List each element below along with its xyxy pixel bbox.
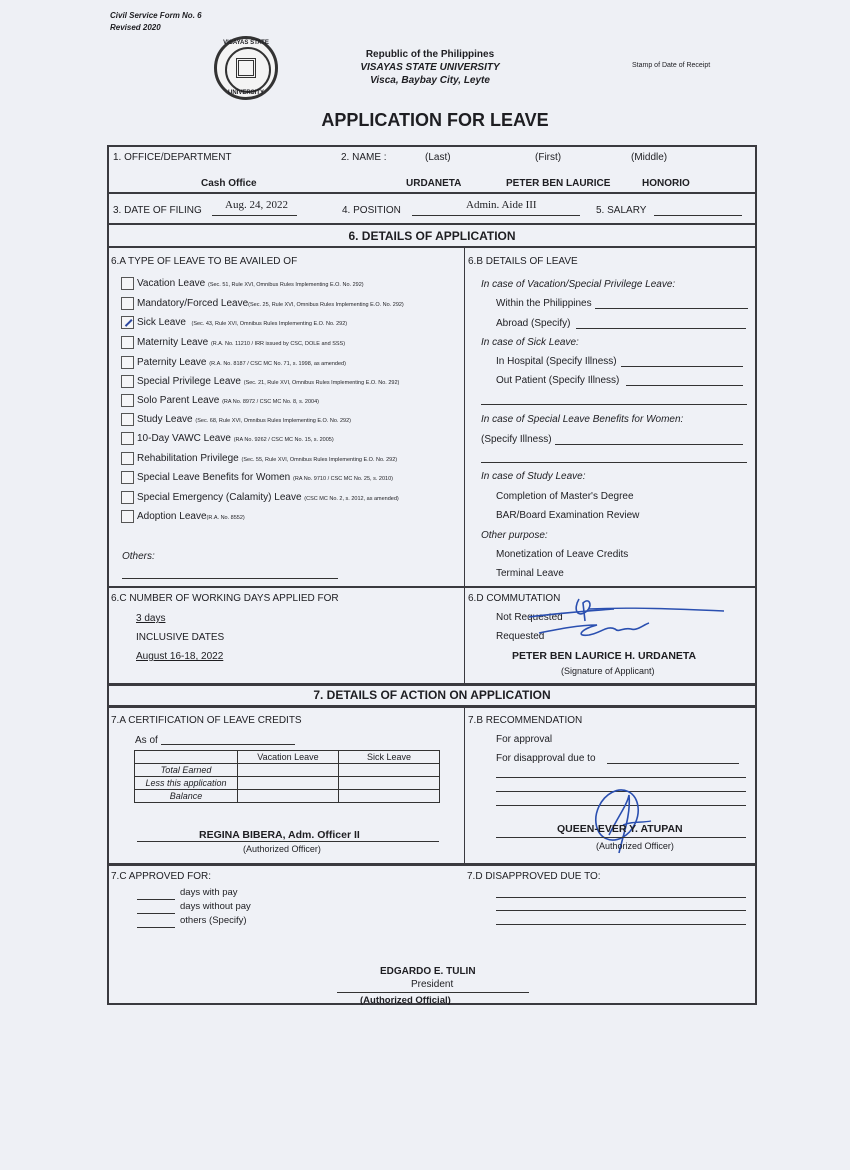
days-without-pay-label: days without pay <box>180 901 251 912</box>
masters-degree-option[interactable]: Completion of Master's Degree <box>496 491 634 502</box>
disapproved-reason-line-1[interactable] <box>496 897 746 898</box>
last-name-field[interactable]: URDANETA <box>406 178 461 189</box>
women-benefits-leave-checkbox[interactable] <box>121 471 134 484</box>
abroad-field[interactable] <box>576 328 746 329</box>
adoption-leave-checkbox[interactable] <box>121 510 134 523</box>
date-filing-field[interactable]: Aug. 24, 2022 <box>225 199 288 211</box>
applicant-signature-caption: (Signature of Applicant) <box>561 666 655 676</box>
other-purpose-heading: Other purpose: <box>481 530 548 541</box>
office-field[interactable]: Cash Office <box>201 178 257 189</box>
within-philippines-label: Within the Philippines <box>496 298 592 309</box>
middle-name-field[interactable]: HONORIO <box>642 178 690 189</box>
study-details-heading: In case of Study Leave: <box>481 471 586 482</box>
working-days-field[interactable]: 3 days <box>136 613 165 624</box>
approving-official-caption: (Authorized Official) <box>360 995 451 1006</box>
others-field[interactable] <box>122 578 338 579</box>
office-label: 1. OFFICE/DEPARTMENT <box>113 152 232 163</box>
days-without-pay-field[interactable] <box>137 913 175 914</box>
disapproval-reason-field[interactable] <box>607 763 739 764</box>
others-specify-label: others (Specify) <box>180 915 247 926</box>
sick-leave-checkbox[interactable] <box>121 316 134 329</box>
position-field[interactable]: Admin. Aide III <box>466 199 537 211</box>
terminal-leave-option[interactable]: Terminal Leave <box>496 568 564 579</box>
solo-parent-leave-checkbox[interactable] <box>121 394 134 407</box>
others-specify-field[interactable] <box>137 927 175 928</box>
women-specify-field[interactable] <box>555 444 743 445</box>
within-philippines-field[interactable] <box>595 308 748 309</box>
total-earned-sick-cell[interactable] <box>339 764 440 777</box>
sick-details-heading: In case of Sick Leave: <box>481 337 579 348</box>
first-name-label: (First) <box>535 152 561 163</box>
section-7c-title: 7.C APPROVED FOR: <box>111 871 211 882</box>
special-privilege-leave-checkbox[interactable] <box>121 375 134 388</box>
for-disapproval-option[interactable]: For disapproval due to <box>496 753 596 764</box>
table-row: Balance <box>135 790 440 803</box>
university-seal-logo: VISAYAS STATE UNIVERSITY <box>214 36 278 100</box>
table-row: Less this application <box>135 777 440 790</box>
bar-review-option[interactable]: BAR/Board Examination Review <box>496 510 639 521</box>
days-with-pay-field[interactable] <box>137 899 175 900</box>
women-specify-label: (Specify Illness) <box>481 434 552 445</box>
form-id: Civil Service Form No. 6 Revised 2020 <box>110 10 202 34</box>
position-label: 4. POSITION <box>342 205 401 216</box>
page-title: APPLICATION FOR LEAVE <box>0 110 850 131</box>
date-filing-label: 3. DATE OF FILING <box>113 205 202 216</box>
table-row: Total Earned <box>135 764 440 777</box>
middle-name-label: (Middle) <box>631 152 667 163</box>
salary-label: 5. SALARY <box>596 205 646 216</box>
as-of-field[interactable] <box>161 744 295 745</box>
study-leave-checkbox[interactable] <box>121 413 134 426</box>
less-application-vacation-cell[interactable] <box>238 777 339 790</box>
sick-leave-column: Sick Leave <box>339 751 440 764</box>
as-of-label: As of <box>135 735 158 746</box>
applicant-name: PETER BEN LAURICE H. URDANETA <box>512 650 696 662</box>
institution-header: Republic of the Philippines VISAYAS STAT… <box>330 48 530 87</box>
less-application-sick-cell[interactable] <box>339 777 440 790</box>
for-approval-option[interactable]: For approval <box>496 734 552 745</box>
women-details-heading: In case of Special Leave Benefits for Wo… <box>481 414 683 425</box>
balance-vacation-cell[interactable] <box>238 790 339 803</box>
sick-details-extra-field[interactable] <box>481 404 747 405</box>
section-7a-title: 7.A CERTIFICATION OF LEAVE CREDITS <box>111 715 302 726</box>
others-label: Others: <box>122 551 155 562</box>
vacation-leave-checkbox[interactable] <box>121 277 134 290</box>
university-address: Visca, Baybay City, Leyte <box>330 74 530 87</box>
section-6c-title: 6.C NUMBER OF WORKING DAYS APPLIED FOR <box>111 593 339 604</box>
certifying-officer-caption: (Authorized Officer) <box>243 844 321 854</box>
republic-label: Republic of the Philippines <box>330 48 530 61</box>
form-number: Civil Service Form No. 6 <box>110 10 202 22</box>
stamp-receipt-label: Stamp of Date of Receipt <box>632 62 710 69</box>
section-7b-title: 7.B RECOMMENDATION <box>468 715 582 726</box>
in-hospital-field[interactable] <box>621 366 743 367</box>
last-name-label: (Last) <box>425 152 451 163</box>
approving-official-name: EDGARDO E. TULIN <box>380 966 476 977</box>
vawc-leave-checkbox[interactable] <box>121 432 134 445</box>
mandatory-leave-checkbox[interactable] <box>121 297 134 310</box>
certifying-officer-name: REGINA BIBERA, Adm. Officer II <box>199 829 360 841</box>
maternity-leave-checkbox[interactable] <box>121 336 134 349</box>
recommending-officer-caption: (Authorized Officer) <box>596 841 674 851</box>
section-6b-title: 6.B DETAILS OF LEAVE <box>468 256 578 267</box>
balance-sick-cell[interactable] <box>339 790 440 803</box>
leave-application-form: 1. OFFICE/DEPARTMENT 2. NAME : (Last) (F… <box>107 145 757 1005</box>
out-patient-label: Out Patient (Specify Illness) <box>496 375 619 386</box>
form-revision: Revised 2020 <box>110 22 202 34</box>
days-with-pay-label: days with pay <box>180 887 238 898</box>
applicant-signature <box>519 595 729 645</box>
section-6-title: 6. DETAILS OF APPLICATION <box>109 229 755 243</box>
out-patient-field[interactable] <box>626 385 743 386</box>
rehabilitation-privilege-checkbox[interactable] <box>121 452 134 465</box>
university-name: VISAYAS STATE UNIVERSITY <box>330 61 530 74</box>
name-label: 2. NAME : <box>341 152 387 163</box>
section-6a-title: 6.A TYPE OF LEAVE TO BE AVAILED OF <box>111 256 297 267</box>
recommending-officer-name: QUEEN-EVER Y. ATUPAN <box>557 823 683 835</box>
abroad-label: Abroad (Specify) <box>496 318 570 329</box>
vacation-leave-column: Vacation Leave <box>238 751 339 764</box>
table-header-row: Vacation Leave Sick Leave <box>135 751 440 764</box>
inclusive-dates-field[interactable]: August 16-18, 2022 <box>136 651 223 662</box>
total-earned-vacation-cell[interactable] <box>238 764 339 777</box>
first-name-field[interactable]: PETER BEN LAURICE <box>506 178 610 189</box>
disapproved-reason-line-2[interactable] <box>496 910 746 911</box>
section-7d-title: 7.D DISAPPROVED DUE TO: <box>467 871 601 882</box>
in-hospital-label: In Hospital (Specify Illness) <box>496 356 617 367</box>
paternity-leave-checkbox[interactable] <box>121 356 134 369</box>
vacation-details-heading: In case of Vacation/Special Privilege Le… <box>481 279 675 290</box>
leave-credits-table: Vacation Leave Sick Leave Total Earned L… <box>134 750 440 803</box>
section-7-title: 7. DETAILS OF ACTION ON APPLICATION <box>109 688 755 702</box>
calamity-leave-checkbox[interactable] <box>121 491 134 504</box>
approving-official-title: President <box>411 979 453 990</box>
monetization-option[interactable]: Monetization of Leave Credits <box>496 549 628 560</box>
disapproved-reason-line-3[interactable] <box>496 924 746 925</box>
women-extra-field[interactable] <box>481 462 747 463</box>
inclusive-dates-label: INCLUSIVE DATES <box>136 632 224 643</box>
